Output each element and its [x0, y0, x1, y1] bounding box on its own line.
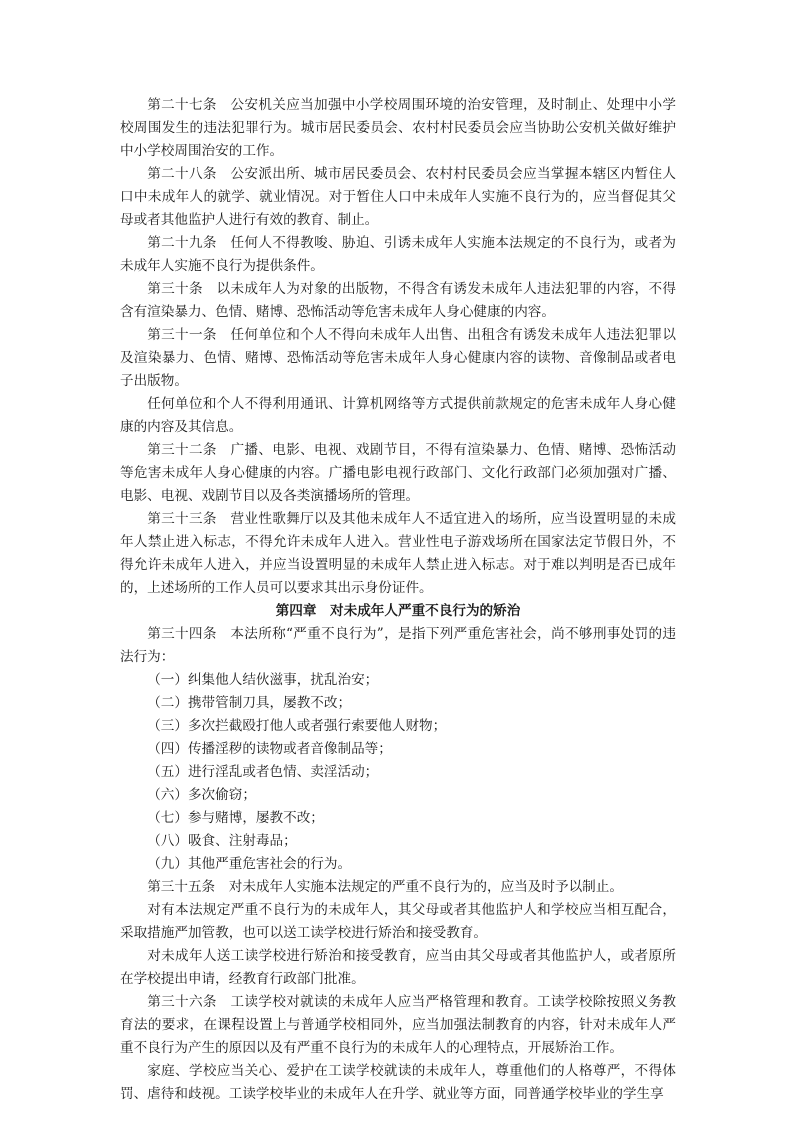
- article-number: 第三十条: [147, 281, 203, 297]
- article-number: 第三十三条: [147, 511, 217, 527]
- article-text: 对未成年人实施本法规定的严重不良行为的，应当及时予以制止。: [229, 879, 623, 895]
- paragraph: 家庭、学校应当关心、爱护在工读学校就读的未成年人，尊重他们的人格尊严，不得体罚、…: [120, 1060, 676, 1106]
- article-number: 第三十五条: [147, 879, 215, 895]
- list-item: （六）多次偷窃；: [120, 784, 676, 807]
- article-32: 第三十二条广播、电影、电视、戏剧节目，不得有渲染暴力、色情、赌博、恐怖活动等危害…: [120, 439, 676, 508]
- document-page: 第二十七条公安机关应当加强中小学校周围环境的治安管理，及时制止、处理中小学校周围…: [120, 94, 676, 1106]
- paragraph: 对有本法规定严重不良行为的未成年人，其父母或者其他监护人和学校应当相互配合，采取…: [120, 899, 676, 945]
- article-text: 以未成年人为对象的出版物，不得含有诱发未成年人违法犯罪的内容，不得含有渲染暴力、…: [120, 281, 676, 320]
- list-item: （二）携带管制刀具，屡教不改；: [120, 692, 676, 715]
- article-30: 第三十条以未成年人为对象的出版物，不得含有诱发未成年人违法犯罪的内容，不得含有渲…: [120, 278, 676, 324]
- article-33: 第三十三条营业性歌舞厅以及其他未成年人不适宜进入的场所，应当设置明显的未成年人禁…: [120, 508, 676, 600]
- paragraph: 任何单位和个人不得利用通讯、计算机网络等方式提供前款规定的危害未成年人身心健康的…: [120, 393, 676, 439]
- list-item: （四）传播淫秽的读物或者音像制品等；: [120, 738, 676, 761]
- article-29: 第二十九条任何人不得教唆、胁迫、引诱未成年人实施本法规定的不良行为，或者为未成年…: [120, 232, 676, 278]
- article-27: 第二十七条公安机关应当加强中小学校周围环境的治安管理，及时制止、处理中小学校周围…: [120, 94, 676, 163]
- list-item: （三）多次拦截殴打他人或者强行索要他人财物；: [120, 715, 676, 738]
- list-item: （八）吸食、注射毒品；: [120, 830, 676, 853]
- article-number: 第三十一条: [147, 327, 217, 343]
- article-number: 第二十七条: [147, 97, 217, 113]
- article-28: 第二十八条公安派出所、城市居民委员会、农村村民委员会应当掌握本辖区内暂住人口中未…: [120, 163, 676, 232]
- article-31: 第三十一条任何单位和个人不得向未成年人出售、出租含有诱发未成年人违法犯罪以及渲染…: [120, 324, 676, 393]
- chapter-heading: 第四章 对未成年人严重不良行为的矫治: [120, 600, 676, 623]
- article-number: 第二十八条: [147, 166, 217, 182]
- paragraph: 对未成年人送工读学校进行矫治和接受教育，应当由其父母或者其他监护人，或者原所在学…: [120, 945, 676, 991]
- list-item: （七）参与赌博，屡教不改；: [120, 807, 676, 830]
- article-number: 第三十二条: [147, 442, 217, 458]
- article-number: 第二十九条: [147, 235, 217, 251]
- article-35: 第三十五条对未成年人实施本法规定的严重不良行为的，应当及时予以制止。: [120, 876, 676, 899]
- article-34: 第三十四条本法所称“严重不良行为”，是指下列严重危害社会，尚不够刑事处罚的违法行…: [120, 623, 676, 669]
- list-item: （一）纠集他人结伙滋事，扰乱治安；: [120, 669, 676, 692]
- article-number: 第三十四条: [147, 626, 217, 642]
- article-36: 第三十六条工读学校对就读的未成年人应当严格管理和教育。工读学校除按照义务教育法的…: [120, 991, 676, 1060]
- list-item: （五）进行淫乱或者色情、卖淫活动；: [120, 761, 676, 784]
- article-number: 第三十六条: [147, 994, 217, 1010]
- list-item: （九）其他严重危害社会的行为。: [120, 853, 676, 876]
